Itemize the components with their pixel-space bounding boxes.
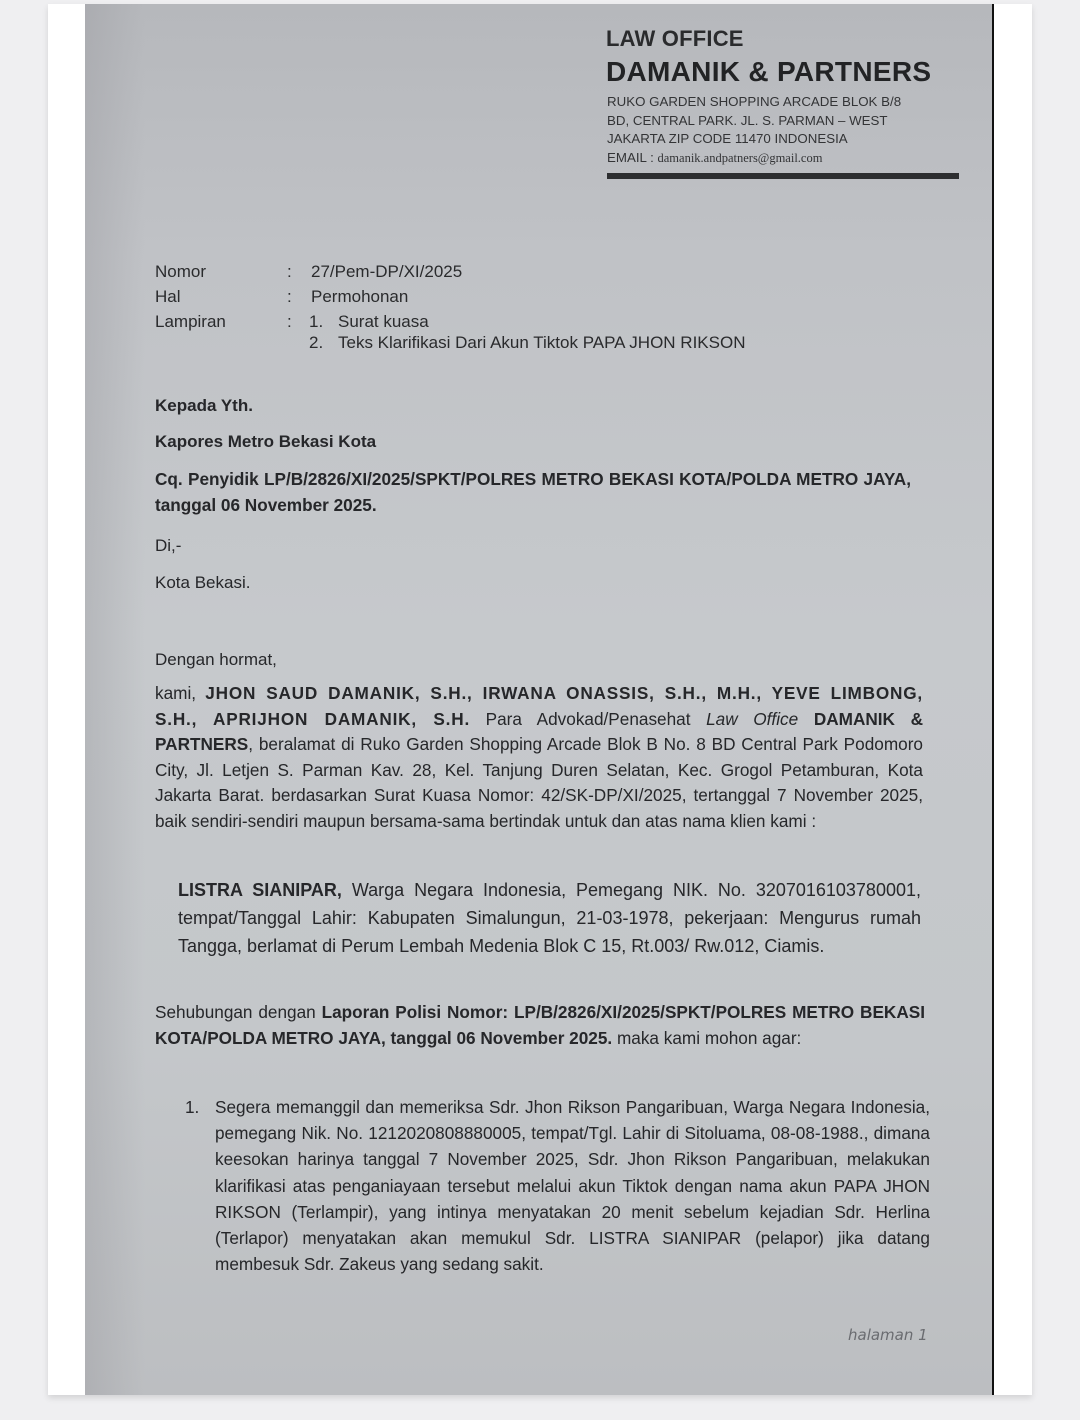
- address-line: JAKARTA ZIP CODE 11470 INDONESIA: [607, 130, 901, 149]
- colon: :: [287, 287, 292, 307]
- address-line: BD, CENTRAL PARK. JL. S. PARMAN – WEST: [607, 112, 901, 131]
- colon: :: [287, 262, 292, 282]
- letterhead-firm-name: DAMANIK & PARTNERS: [606, 56, 931, 88]
- intro-rest: , beralamat di Ruko Garden Shopping Arca…: [155, 734, 923, 831]
- lampiran-item-num: 1.: [309, 312, 323, 332]
- intro-prefix: kami,: [155, 683, 205, 703]
- recipient-addressee: Kapores Metro Bekasi Kota: [155, 432, 376, 452]
- lampiran-item: Surat kuasa: [338, 312, 429, 332]
- letterhead-office-label: LAW OFFICE: [606, 26, 744, 52]
- nomor-value: 27/Pem-DP/XI/2025: [311, 262, 462, 282]
- recipient-di: Di,-: [155, 536, 181, 556]
- address-line: RUKO GARDEN SHOPPING ARCADE BLOK B/8: [607, 93, 901, 112]
- request-paragraph: Sehubungan dengan Laporan Polisi Nomor: …: [155, 1000, 925, 1051]
- document-photo: LAW OFFICE DAMANIK & PARTNERS RUKO GARDE…: [85, 4, 994, 1395]
- page-number: halaman 1: [848, 1326, 928, 1344]
- recipient-city: Kota Bekasi.: [155, 573, 250, 593]
- lampiran-label: Lampiran: [155, 312, 226, 332]
- nomor-label: Nomor: [155, 262, 206, 282]
- letterhead-divider: [607, 173, 959, 179]
- letterhead-address: RUKO GARDEN SHOPPING ARCADE BLOK B/8 BD,…: [607, 93, 901, 167]
- recipient-salutation: Kepada Yth.: [155, 396, 253, 416]
- recipient-cq: Cq. Penyidik LP/B/2826/XI/2025/SPKT/POLR…: [155, 466, 911, 518]
- email-address: damanik.andpatners@gmail.com: [658, 151, 823, 165]
- lampiran-item: Teks Klarifikasi Dari Akun Tiktok PAPA J…: [338, 333, 746, 353]
- intro-mid: Para Advokad/Penasehat: [470, 709, 706, 729]
- list-item-text: Segera memanggil dan memeriksa Sdr. Jhon…: [215, 1094, 930, 1277]
- client-name: LISTRA SIANIPAR,: [178, 880, 342, 900]
- lampiran-item-num: 2.: [309, 333, 323, 353]
- hal-label: Hal: [155, 287, 181, 307]
- intro-italic: Law Office: [706, 709, 798, 729]
- request-prefix: Sehubungan dengan: [155, 1002, 322, 1022]
- greeting: Dengan hormat,: [155, 650, 277, 670]
- intro-paragraph: kami, JHON SAUD DAMANIK, S.H., IRWANA ON…: [155, 681, 923, 835]
- email-label: EMAIL :: [607, 150, 658, 165]
- hal-value: Permohonan: [311, 287, 408, 307]
- colon: :: [287, 312, 292, 332]
- client-paragraph: LISTRA SIANIPAR, Warga Negara Indonesia,…: [178, 876, 921, 960]
- list-item-number: 1.: [185, 1094, 199, 1120]
- letterhead-email-row: EMAIL : damanik.andpatners@gmail.com: [607, 149, 901, 168]
- request-suffix: maka kami mohon agar:: [612, 1028, 801, 1048]
- request-list-item: 1. Segera memanggil dan memeriksa Sdr. J…: [185, 1094, 930, 1277]
